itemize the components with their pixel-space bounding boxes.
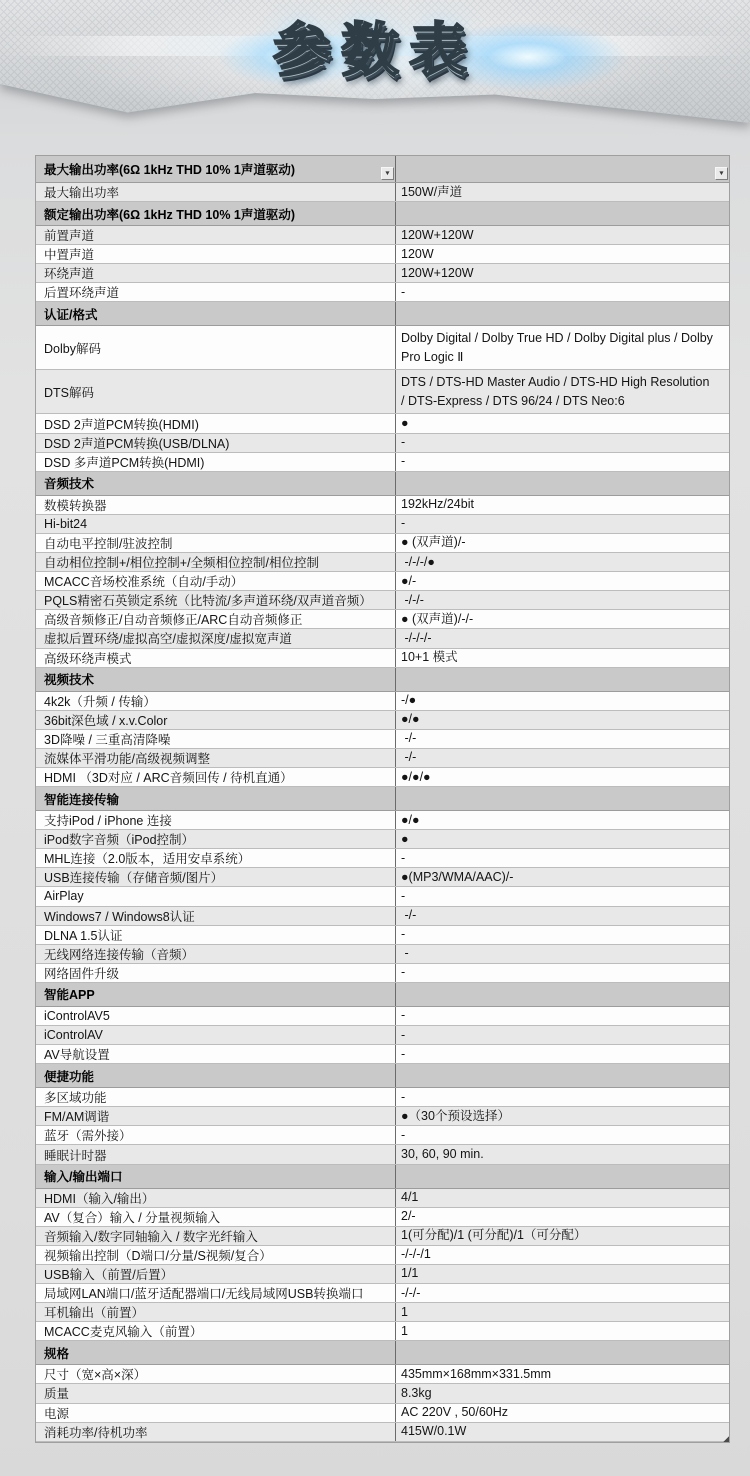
spec-label: MCACC麦克风输入（前置） [36,1322,395,1340]
spec-row: MCACC音场校准系统（自动/手动）●/- [36,572,729,591]
spec-row: FM/AM调谐●（30个预设选择） [36,1107,729,1126]
spec-label: 环绕声道 [36,264,395,282]
spec-label: iControlAV5 [36,1007,395,1025]
section-header-text: 智能连接传输 [44,790,119,808]
spec-label: iControlAV [36,1026,395,1044]
spec-label: 36bit深色域 / x.v.Color [36,711,395,729]
spec-value: 1/1 [395,1265,729,1283]
spec-row: HDMI （3D对应 / ARC音频回传 / 待机直通）●/●/● [36,768,729,787]
section-header-row: 输入/输出端口 [36,1165,729,1189]
spec-value: -/-/- [395,1284,729,1302]
spec-value: - [395,434,729,452]
spec-label: PQLS精密石英锁定系统（比特流/多声道环绕/双声道音频） [36,591,395,609]
section-header-label: 智能连接传输 [36,787,395,810]
spec-row: 环绕声道120W+120W [36,264,729,283]
spec-row: Dolby解码Dolby Digital / Dolby True HD / D… [36,326,729,370]
spec-row: 质量8.3kg [36,1384,729,1403]
section-header-text: 额定输出功率(6Ω 1kHz THD 10% 1声道驱动) [44,205,295,223]
spec-row: USB连接传输（存储音频/图片）●(MP3/WMA/AAC)/- [36,868,729,887]
section-header-text: 输入/输出端口 [44,1167,122,1185]
spec-value: ●/●/● [395,768,729,786]
spec-value: ●/● [395,711,729,729]
section-header-label: 最大输出功率(6Ω 1kHz THD 10% 1声道驱动)▼ [36,156,395,182]
section-header-text: 视频技术 [44,670,94,688]
banner-texture: 参数表 [0,0,750,150]
spec-row: 视频输出控制（D端口/分量/S视频/复合）-/-/-/1 [36,1246,729,1265]
spec-value: 120W+120W [395,226,729,244]
section-header-label: 音频技术 [36,472,395,495]
spec-label: 多区域功能 [36,1088,395,1106]
spec-row: DSD 2声道PCM转换(HDMI)● [36,414,729,433]
spec-value: -/- [395,749,729,767]
section-header-row: 规格 [36,1341,729,1365]
section-header-label: 规格 [36,1341,395,1364]
section-header-value-cell [395,1341,729,1364]
section-header-value-cell [395,202,729,225]
section-header-row: 智能连接传输 [36,787,729,811]
spec-row: 自动相位控制+/相位控制+/全频相位控制/相位控制 -/-/-/● [36,553,729,572]
spec-value: -/-/-/1 [395,1246,729,1264]
spec-label: 消耗功率/待机功率 [36,1423,395,1441]
spec-label: 电源 [36,1404,395,1422]
section-header-row: 便捷功能 [36,1064,729,1088]
product-spec-page: 参数表 最大输出功率(6Ω 1kHz THD 10% 1声道驱动)▼▼最大输出功… [0,0,750,1476]
spec-label: 耳机输出（前置） [36,1303,395,1321]
spec-value: - [395,283,729,301]
spec-value: -/- [395,907,729,925]
spec-row: iControlAV- [36,1026,729,1045]
spec-row: DSD 多声道PCM转换(HDMI)- [36,453,729,472]
spec-label: 尺寸（宽×高×深） [36,1365,395,1383]
spec-row: 音频输入/数字同轴输入 / 数字光纤输入1(可分配)/1 (可分配)/1（可分配… [36,1227,729,1246]
section-header-value-cell [395,302,729,325]
spec-row: 网络固件升级- [36,964,729,983]
section-header-label: 输入/输出端口 [36,1165,395,1188]
spec-row: 虚拟后置环绕/虚拟高空/虚拟深度/虚拟宽声道 -/-/-/- [36,629,729,648]
spec-row: 中置声道120W [36,245,729,264]
spec-label: 最大输出功率 [36,183,395,201]
section-header-label: 额定输出功率(6Ω 1kHz THD 10% 1声道驱动) [36,202,395,225]
spec-value: 1(可分配)/1 (可分配)/1（可分配） [395,1227,729,1245]
spec-row: 4k2k（升频 / 传输）-/● [36,692,729,711]
spec-value: ● (双声道)/- [395,534,729,552]
spec-label: USB输入（前置/后置） [36,1265,395,1283]
spec-row: 电源AC 220V , 50/60Hz [36,1404,729,1423]
spec-row: 高级音频修正/自动音频修正/ARC自动音频修正● (双声道)/-/- [36,610,729,629]
spec-row: 流媒体平滑功能/高级视频调整 -/- [36,749,729,768]
spec-row: 36bit深色域 / x.v.Color●/● [36,711,729,730]
chevron-down-icon: ▼ [384,170,391,176]
spec-value: -/- [395,730,729,748]
spec-value: -/● [395,692,729,710]
spec-label: HDMI（输入/输出） [36,1189,395,1207]
spec-label: 高级环绕声模式 [36,649,395,667]
spec-row: 尺寸（宽×高×深）435mm×168mm×331.5mm [36,1365,729,1384]
section-header-row: 最大输出功率(6Ω 1kHz THD 10% 1声道驱动)▼▼ [36,156,729,183]
spec-label: Hi-bit24 [36,515,395,533]
section-header-value-cell: ▼ [395,156,729,182]
spec-value: 1 [395,1303,729,1321]
spec-row: HDMI（输入/输出）4/1 [36,1189,729,1208]
spec-row: AirPlay- [36,887,729,906]
spec-label: Dolby解码 [36,326,395,369]
spec-label: DTS解码 [36,370,395,413]
spec-label: DLNA 1.5认证 [36,926,395,944]
spec-value: 435mm×168mm×331.5mm [395,1365,729,1383]
spec-label: AirPlay [36,887,395,905]
section-header-label: 认证/格式 [36,302,395,325]
spec-label: DSD 多声道PCM转换(HDMI) [36,453,395,471]
spec-label: DSD 2声道PCM转换(USB/DLNA) [36,434,395,452]
spec-value: 120W+120W [395,264,729,282]
spec-value: - [395,1045,729,1063]
page-title: 参数表 [0,16,750,86]
spec-row: 局域网LAN端口/蓝牙适配器端口/无线局域网USB转换端口-/-/- [36,1284,729,1303]
spec-value: - [395,453,729,471]
spec-label: Windows7 / Windows8认证 [36,907,395,925]
spec-value: - [395,964,729,982]
spec-label: 视频输出控制（D端口/分量/S视频/复合） [36,1246,395,1264]
spec-table-body: 最大输出功率(6Ω 1kHz THD 10% 1声道驱动)▼▼最大输出功率150… [36,156,729,1442]
spec-value: - [395,1007,729,1025]
spec-value: Dolby Digital / Dolby True HD / Dolby Di… [395,326,729,369]
section-header-text: 便捷功能 [44,1067,94,1085]
spec-label: 流媒体平滑功能/高级视频调整 [36,749,395,767]
section-header-value-cell [395,787,729,810]
spec-value: 192kHz/24bit [395,496,729,514]
spec-row: 支持iPod / iPhone 连接●/● [36,811,729,830]
spec-value: ● [395,414,729,432]
spec-row: DLNA 1.5认证- [36,926,729,945]
spec-label: AV（复合）输入 / 分量视频输入 [36,1208,395,1226]
spec-row: MCACC麦克风输入（前置）1 [36,1322,729,1341]
filter-dropdown-button[interactable]: ▼ [715,167,728,180]
spec-value: 4/1 [395,1189,729,1207]
spec-value: - [395,945,729,963]
section-header-value-cell [395,1165,729,1188]
spec-value: ● (双声道)/-/- [395,610,729,628]
spec-value: -/-/- [395,591,729,609]
section-header-text: 最大输出功率(6Ω 1kHz THD 10% 1声道驱动) [44,160,295,178]
section-header-label: 智能APP [36,983,395,1006]
spec-label: 中置声道 [36,245,395,263]
spec-row: Windows7 / Windows8认证 -/- [36,907,729,926]
spec-row: Hi-bit24- [36,515,729,534]
spec-value: - [395,1088,729,1106]
spec-value: - [395,849,729,867]
spec-label: 自动相位控制+/相位控制+/全频相位控制/相位控制 [36,553,395,571]
spec-label: 自动电平控制/驻波控制 [36,534,395,552]
spec-row: AV（复合）输入 / 分量视频输入2/- [36,1208,729,1227]
spec-table: 最大输出功率(6Ω 1kHz THD 10% 1声道驱动)▼▼最大输出功率150… [35,155,730,1443]
spec-row: 前置声道120W+120W [36,226,729,245]
spec-label: iPod数字音频（iPod控制） [36,830,395,848]
spec-label: AV导航设置 [36,1045,395,1063]
spec-value: ● [395,830,729,848]
spec-label: MCACC音场校准系统（自动/手动） [36,572,395,590]
spec-value: - [395,1126,729,1144]
spec-label: USB连接传输（存储音频/图片） [36,868,395,886]
spec-label: 3D降噪 / 三重高清降噪 [36,730,395,748]
spec-value: ●/- [395,572,729,590]
spec-label: 虚拟后置环绕/虚拟高空/虚拟深度/虚拟宽声道 [36,629,395,647]
spec-label: 前置声道 [36,226,395,244]
spec-label: 质量 [36,1384,395,1402]
section-header-value-cell [395,1064,729,1087]
spec-value: 2/- [395,1208,729,1226]
spec-value: 30, 60, 90 min. [395,1145,729,1163]
spec-value: - [395,515,729,533]
spec-row: 蓝牙（需外接）- [36,1126,729,1145]
spec-row: 多区域功能- [36,1088,729,1107]
spec-value: - [395,887,729,905]
spec-value: -/-/-/● [395,553,729,571]
spec-row: 后置环绕声道- [36,283,729,302]
spec-row: AV导航设置- [36,1045,729,1064]
spec-value: AC 220V , 50/60Hz [395,1404,729,1422]
spec-label: 蓝牙（需外接） [36,1126,395,1144]
spec-label: DSD 2声道PCM转换(HDMI) [36,414,395,432]
section-header-value-cell [395,983,729,1006]
spec-label: 无线网络连接传输（音频） [36,945,395,963]
spec-value: - [395,1026,729,1044]
spec-row: 自动电平控制/驻波控制● (双声道)/- [36,534,729,553]
spec-value: 1 [395,1322,729,1340]
spec-value: -/-/-/- [395,629,729,647]
spec-row: 消耗功率/待机功率415W/0.1W [36,1423,729,1442]
spec-label: MHL连接（2.0版本，适用安卓系统） [36,849,395,867]
spec-label: 音频输入/数字同轴输入 / 数字光纤输入 [36,1227,395,1245]
section-header-value-cell [395,668,729,691]
section-header-text: 音频技术 [44,474,94,492]
spec-value: 120W [395,245,729,263]
section-header-row: 认证/格式 [36,302,729,326]
chevron-down-icon: ▼ [718,170,725,176]
section-header-text: 智能APP [44,985,95,1003]
spec-row: PQLS精密石英锁定系统（比特流/多声道环绕/双声道音频） -/-/- [36,591,729,610]
spec-label: 网络固件升级 [36,964,395,982]
spec-row: 无线网络连接传输（音频） - [36,945,729,964]
spec-label: 睡眠计时器 [36,1145,395,1163]
spec-row: DSD 2声道PCM转换(USB/DLNA)- [36,434,729,453]
section-header-label: 视频技术 [36,668,395,691]
spec-label: 局域网LAN端口/蓝牙适配器端口/无线局域网USB转换端口 [36,1284,395,1302]
spec-row: USB输入（前置/后置）1/1 [36,1265,729,1284]
spec-row: 高级环绕声模式10+1 模式 [36,649,729,668]
spec-row: iControlAV5- [36,1007,729,1026]
spec-value: ●（30个预设选择） [395,1107,729,1125]
spec-value: ●(MP3/WMA/AAC)/- [395,868,729,886]
spec-row: MHL连接（2.0版本，适用安卓系统）- [36,849,729,868]
spec-label: 后置环绕声道 [36,283,395,301]
spec-row: DTS解码DTS / DTS-HD Master Audio / DTS-HD … [36,370,729,414]
section-header-text: 认证/格式 [44,305,97,323]
spec-label: 4k2k（升频 / 传输） [36,692,395,710]
spec-label: 数模转换器 [36,496,395,514]
section-header-value-cell [395,472,729,495]
section-header-row: 视频技术 [36,668,729,692]
spec-label: 支持iPod / iPhone 连接 [36,811,395,829]
section-header-row: 音频技术 [36,472,729,496]
spec-value: 415W/0.1W [395,1423,729,1441]
filter-dropdown-button[interactable]: ▼ [381,167,394,180]
spec-label: FM/AM调谐 [36,1107,395,1125]
spec-row: 最大输出功率150W/声道 [36,183,729,202]
spec-row: 3D降噪 / 三重高清降噪 -/- [36,730,729,749]
section-header-label: 便捷功能 [36,1064,395,1087]
spec-row: iPod数字音频（iPod控制）● [36,830,729,849]
spec-value: DTS / DTS-HD Master Audio / DTS-HD High … [395,370,729,413]
section-header-row: 额定输出功率(6Ω 1kHz THD 10% 1声道驱动) [36,202,729,226]
spec-value: ●/● [395,811,729,829]
section-header-row: 智能APP [36,983,729,1007]
spec-row: 耳机输出（前置）1 [36,1303,729,1322]
spec-row: 数模转换器192kHz/24bit [36,496,729,515]
spec-row: 睡眠计时器30, 60, 90 min. [36,1145,729,1164]
spec-label: HDMI （3D对应 / ARC音频回传 / 待机直通） [36,768,395,786]
table-resize-handle[interactable] [723,1436,729,1442]
spec-value: 8.3kg [395,1384,729,1402]
section-header-text: 规格 [44,1344,69,1362]
spec-value: - [395,926,729,944]
spec-value: 10+1 模式 [395,649,729,667]
spec-label: 高级音频修正/自动音频修正/ARC自动音频修正 [36,610,395,628]
spec-value: 150W/声道 [395,183,729,201]
